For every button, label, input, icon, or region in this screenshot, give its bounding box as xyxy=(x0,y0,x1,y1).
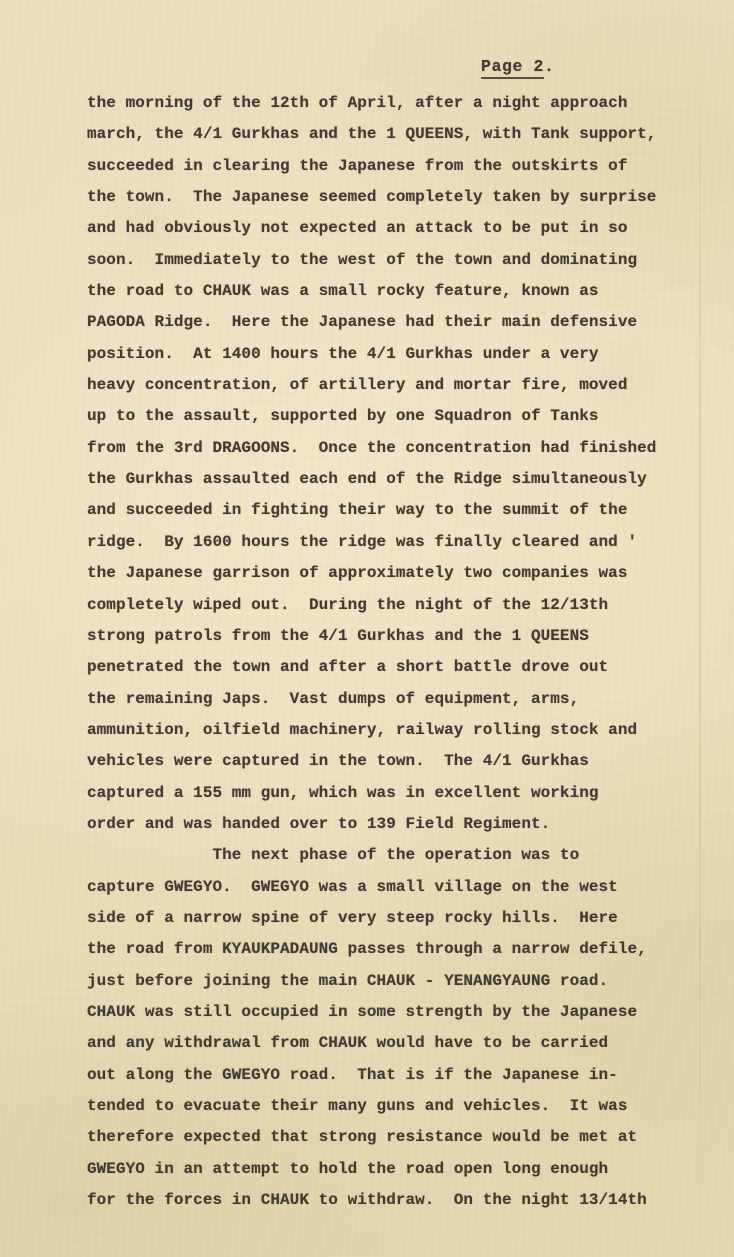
text-line: the Japanese garrison of approximately t… xyxy=(87,558,687,589)
text-line: heavy concentration, of artillery and mo… xyxy=(87,370,687,401)
text-line: CHAUK was still occupied in some strengt… xyxy=(87,997,687,1028)
text-line: position. At 1400 hours the 4/1 Gurkhas … xyxy=(87,339,687,370)
text-line: ridge. By 1600 hours the ridge was final… xyxy=(87,527,687,558)
text-line: the remaining Japs. Vast dumps of equipm… xyxy=(87,684,687,715)
text-line: march, the 4/1 Gurkhas and the 1 QUEENS,… xyxy=(87,119,687,150)
text-line: the town. The Japanese seemed completely… xyxy=(87,182,687,213)
text-line: tended to evacuate their many guns and v… xyxy=(87,1091,687,1122)
text-line: the road to CHAUK was a small rocky feat… xyxy=(87,276,687,307)
text-line: and any withdrawal from CHAUK would have… xyxy=(87,1028,687,1059)
text-line: and had obviously not expected an attack… xyxy=(87,213,687,244)
text-line: penetrated the town and after a short ba… xyxy=(87,652,687,683)
page-number-label: Page 2 xyxy=(481,57,544,79)
text-line: vehicles were captured in the town. The … xyxy=(87,746,687,777)
text-line: out along the GWEGYO road. That is if th… xyxy=(87,1060,687,1091)
document-page: Page 2. the morning of the 12th of April… xyxy=(0,0,734,1257)
text-line: the Gurkhas assaulted each end of the Ri… xyxy=(87,464,687,495)
text-line: ammunition, oilfield machinery, railway … xyxy=(87,715,687,746)
text-line: from the 3rd DRAGOONS. Once the concentr… xyxy=(87,433,687,464)
text-line: strong patrols from the 4/1 Gurkhas and … xyxy=(87,621,687,652)
text-line: up to the assault, supported by one Squa… xyxy=(87,401,687,432)
text-line: succeeded in clearing the Japanese from … xyxy=(87,151,687,182)
text-line: GWEGYO in an attempt to hold the road op… xyxy=(87,1154,687,1185)
text-line: The next phase of the operation was to xyxy=(87,840,687,871)
page-number: Page 2. xyxy=(481,57,555,76)
text-line: order and was handed over to 139 Field R… xyxy=(87,809,687,840)
text-line: just before joining the main CHAUK - YEN… xyxy=(87,966,687,997)
document-body: the morning of the 12th of April, after … xyxy=(87,88,687,1216)
page-number-suffix: . xyxy=(544,57,555,76)
text-line: soon. Immediately to the west of the tow… xyxy=(87,245,687,276)
text-line: the morning of the 12th of April, after … xyxy=(87,88,687,119)
text-line: capture GWEGYO. GWEGYO was a small villa… xyxy=(87,872,687,903)
text-line: the road from KYAUKPADAUNG passes throug… xyxy=(87,934,687,965)
text-line: therefore expected that strong resistanc… xyxy=(87,1122,687,1153)
text-line: captured a 155 mm gun, which was in exce… xyxy=(87,778,687,809)
paper-crease xyxy=(699,0,701,1257)
text-line: side of a narrow spine of very steep roc… xyxy=(87,903,687,934)
text-line: and succeeded in fighting their way to t… xyxy=(87,495,687,526)
text-line: PAGODA Ridge. Here the Japanese had thei… xyxy=(87,307,687,338)
text-line: for the forces in CHAUK to withdraw. On … xyxy=(87,1185,687,1216)
text-line: completely wiped out. During the night o… xyxy=(87,590,687,621)
